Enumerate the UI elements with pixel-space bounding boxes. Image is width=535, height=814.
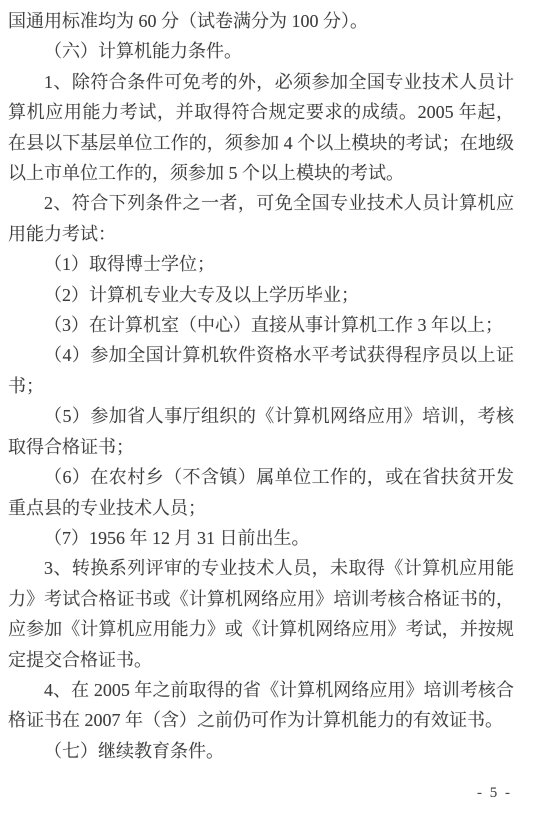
para-item-2: 2、符合下列条件之一者，可免全国专业技术人员计算机应用能力考试： bbox=[8, 188, 514, 249]
page-number: - 5 - bbox=[477, 785, 512, 802]
subitem-4: （4）参加全国计算机软件资格水平考试获得程序员以上证书； bbox=[8, 340, 514, 401]
para-item-1: 1、除符合条件可免考的外，必须参加全国专业技术人员计算机应用能力考试，并取得符合… bbox=[8, 67, 514, 189]
para-carryover: 国通用标准均为 60 分（试卷满分为 100 分）。 bbox=[8, 6, 514, 36]
subitem-3: （3）在计算机室（中心）直接从事计算机工作 3 年以上； bbox=[8, 310, 514, 340]
document-page: 国通用标准均为 60 分（试卷满分为 100 分）。 （六）计算机能力条件。 1… bbox=[8, 6, 514, 766]
heading-section-6: （六）计算机能力条件。 bbox=[8, 36, 514, 66]
subitem-5: （5）参加省人事厅组织的《计算机网络应用》培训，考核取得合格证书； bbox=[8, 401, 514, 462]
heading-section-7: （七）继续教育条件。 bbox=[8, 736, 514, 766]
para-item-4: 4、在 2005 年之前取得的省《计算机网络应用》培训考核合格证书在 2007 … bbox=[8, 675, 514, 736]
subitem-7: （7）1956 年 12 月 31 日前出生。 bbox=[8, 523, 514, 553]
subitem-2: （2）计算机专业大专及以上学历毕业； bbox=[8, 280, 514, 310]
subitem-1: （1）取得博士学位； bbox=[8, 249, 514, 279]
subitem-6: （6）在农村乡（不含镇）属单位工作的，或在省扶贫开发重点县的专业技术人员； bbox=[8, 462, 514, 523]
para-item-3: 3、转换系列评审的专业技术人员，未取得《计算机应用能力》考试合格证书或《计算机网… bbox=[8, 553, 514, 675]
